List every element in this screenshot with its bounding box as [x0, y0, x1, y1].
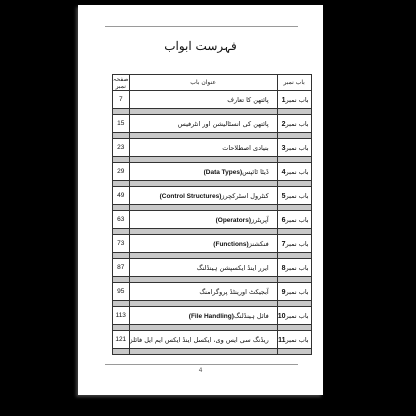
chapter-title: پائتھن کی انسٹالیشن اور انٹرفیس	[178, 120, 269, 128]
chapter-number-cell: باب نمبر10	[277, 307, 311, 325]
chapter-title-cell: ایرر اینڈ ایکسپشن ہینڈلنگ	[129, 259, 277, 277]
header-rule	[105, 26, 298, 27]
chapter-title: ریڈنگ سی ایس وی، ایکسل اینڈ ایکس ایم ایل…	[130, 336, 269, 344]
page-number-cell: 73	[113, 235, 130, 253]
chapter-title-cell: آبجیکٹ اورینٹڈ پروگرامنگ	[129, 283, 277, 301]
chapter-number-cell: باب نمبر2	[277, 115, 311, 133]
page-number-cell: 29	[113, 163, 130, 181]
table-row: باب نمبر3بنیادی اصطلاحات23	[113, 139, 312, 157]
chapter-number-cell: باب نمبر11	[277, 331, 311, 349]
chapter-title: ایرر اینڈ ایکسپشن ہینڈلنگ	[197, 264, 269, 272]
chapter-number-cell: باب نمبر5	[277, 187, 311, 205]
header-page-number: صفحہ نمبر	[113, 75, 130, 91]
chapter-title-cell: پائتھن کا تعارف	[129, 91, 277, 109]
separator-cell	[129, 349, 277, 355]
header-chapter-number: باب نمبر	[277, 75, 311, 91]
table-row: باب نمبر8ایرر اینڈ ایکسپشن ہینڈلنگ87	[113, 259, 312, 277]
page-title: فہرست ابواب	[78, 39, 323, 53]
chapter-number: 11	[278, 337, 285, 344]
table-row: باب نمبر5کنٹرول اسٹرکچرز(Control Structu…	[113, 187, 312, 205]
page-number: 4	[78, 367, 323, 374]
chapter-number-cell: باب نمبر8	[277, 259, 311, 277]
chapter-title-cell: کنٹرول اسٹرکچرز(Control Structures)	[129, 187, 277, 205]
chapter-number-cell: باب نمبر9	[277, 283, 311, 301]
chapter-prefix: باب نمبر	[286, 312, 309, 320]
chapter-title-cell: ریڈنگ سی ایس وی، ایکسل اینڈ ایکس ایم ایل…	[129, 331, 277, 349]
chapter-title: فنکشنز	[249, 240, 269, 248]
chapter-prefix: باب نمبر	[286, 336, 309, 344]
chapter-prefix: باب نمبر	[286, 96, 309, 104]
chapter-number: 10	[278, 313, 286, 320]
page-number-cell: 63	[113, 211, 130, 229]
page-number-cell: 49	[113, 187, 130, 205]
table-row: باب نمبر9آبجیکٹ اورینٹڈ پروگرامنگ95	[113, 283, 312, 301]
chapter-title: آپریٹرز	[251, 216, 269, 224]
separator-row	[113, 349, 312, 355]
table-row: باب نمبر4ڈیٹا ٹائپس(Data Types)29	[113, 163, 312, 181]
chapter-title-english: (Operators)	[216, 217, 251, 224]
chapter-number-cell: باب نمبر4	[277, 163, 311, 181]
header-chapter-title: عنوان باب	[129, 75, 277, 91]
page-number-cell: 95	[113, 283, 130, 301]
chapter-prefix: باب نمبر	[286, 216, 309, 224]
chapter-title-cell: فنکشنز(Functions)	[129, 235, 277, 253]
table-row: باب نمبر1پائتھن کا تعارف7	[113, 91, 312, 109]
chapter-prefix: باب نمبر	[286, 264, 309, 272]
chapter-title: ڈیٹا ٹائپس	[242, 168, 269, 176]
chapter-number-cell: باب نمبر1	[277, 91, 311, 109]
page-number-cell: 87	[113, 259, 130, 277]
chapter-title-cell: فائل ہینڈلنگ(File Handling)	[129, 307, 277, 325]
chapter-number-cell: باب نمبر7	[277, 235, 311, 253]
chapter-title-english: (Control Structures)	[160, 193, 222, 200]
chapter-title-cell: آپریٹرز(Operators)	[129, 211, 277, 229]
footer-rule	[105, 364, 298, 365]
table-row: باب نمبر2پائتھن کی انسٹالیشن اور انٹرفیس…	[113, 115, 312, 133]
chapter-title: کنٹرول اسٹرکچرز	[221, 192, 268, 200]
separator-cell	[113, 349, 130, 355]
chapter-title-cell: بنیادی اصطلاحات	[129, 139, 277, 157]
page-number-cell: 7	[113, 91, 130, 109]
chapter-prefix: باب نمبر	[286, 192, 309, 200]
chapter-title-english: (File Handling)	[189, 313, 234, 320]
table-row: باب نمبر7فنکشنز(Functions)73	[113, 235, 312, 253]
page-number-cell: 121	[113, 331, 130, 349]
table-of-contents: باب نمبر عنوان باب صفحہ نمبر باب نمبر1پا…	[112, 74, 312, 355]
chapter-title: فائل ہینڈلنگ	[234, 312, 269, 320]
chapter-title-english: (Functions)	[213, 241, 248, 248]
table-row: باب نمبر6آپریٹرز(Operators)63	[113, 211, 312, 229]
separator-cell	[277, 349, 311, 355]
table-row: باب نمبر11ریڈنگ سی ایس وی، ایکسل اینڈ ای…	[113, 331, 312, 349]
chapter-title-cell: ڈیٹا ٹائپس(Data Types)	[129, 163, 277, 181]
chapter-prefix: باب نمبر	[286, 144, 309, 152]
chapter-number-cell: باب نمبر3	[277, 139, 311, 157]
page-number-cell: 15	[113, 115, 130, 133]
chapter-prefix: باب نمبر	[286, 240, 309, 248]
chapter-prefix: باب نمبر	[286, 288, 309, 296]
chapter-prefix: باب نمبر	[286, 168, 309, 176]
page-number-cell: 23	[113, 139, 130, 157]
chapter-title-english: (Data Types)	[204, 169, 243, 176]
document-page: فہرست ابواب باب نمبر عنوان باب صفحہ نمبر…	[78, 5, 323, 395]
chapter-title: آبجیکٹ اورینٹڈ پروگرامنگ	[199, 288, 268, 296]
page-number-cell: 113	[113, 307, 130, 325]
table-row: باب نمبر10فائل ہینڈلنگ(File Handling)113	[113, 307, 312, 325]
chapter-title: بنیادی اصطلاحات	[222, 144, 268, 152]
chapter-number-cell: باب نمبر6	[277, 211, 311, 229]
chapter-title-cell: پائتھن کی انسٹالیشن اور انٹرفیس	[129, 115, 277, 133]
chapter-title: پائتھن کا تعارف	[227, 96, 269, 104]
chapter-prefix: باب نمبر	[286, 120, 309, 128]
